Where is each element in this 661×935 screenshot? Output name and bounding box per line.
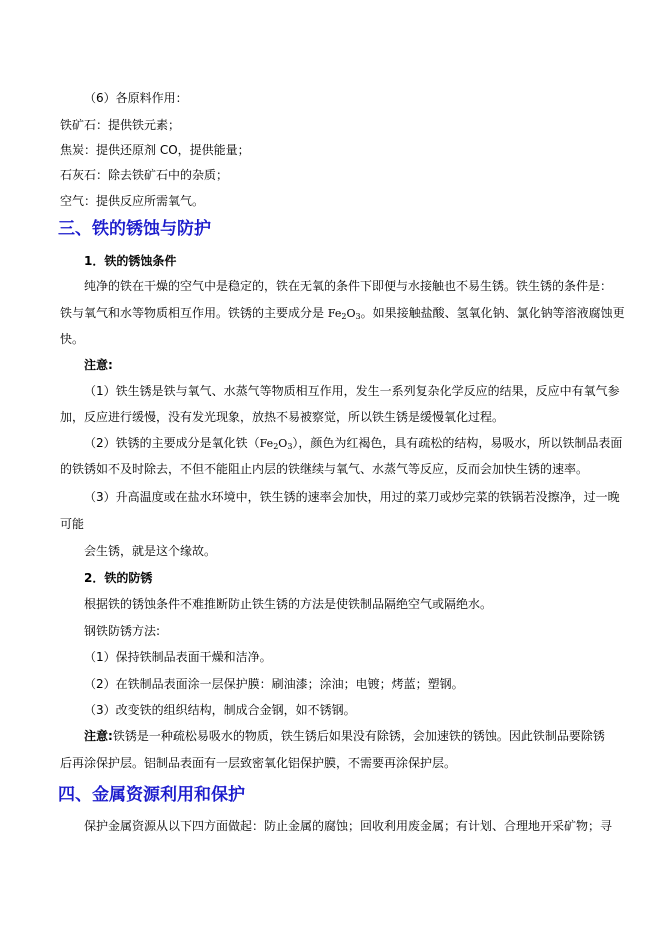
note-line: 注意:铁锈是一种疏松易吸水的物质，铁生锈后如果没有除锈，会加速铁的锈蚀。因此铁制… [84,729,605,743]
text-span: ），颜色为红褐色，具有疏松的结构，易吸水，所以铁制品表面 [292,436,622,450]
formula-part: O [278,437,287,450]
formula-part: Fe [328,307,342,320]
paragraph-line: 铁与氧气和水等物质相互作用。铁锈的主要成分是 Fe2O3。如果接触盐酸、氢氧化钠… [60,306,625,321]
materials-item: 空气：提供反应所需氧气。 [60,194,204,208]
materials-item: 焦炭：提供还原剂 CO，提供能量； [60,143,250,157]
text-span: 铁与氧气和水等物质相互作用。铁锈的主要成分是 [60,306,328,320]
formula-part: Fe [260,437,274,450]
materials-item: 铁矿石：提供铁元素； [60,118,180,132]
note-line: （3）升高温度或在盐水环境中，铁生锈的速率会加快，用过的菜刀或炒完菜的铁锅若没擦… [84,490,620,504]
document-page: （6）各原料作用： 铁矿石：提供铁元素； 焦炭：提供还原剂 CO，提供能量； 石… [0,0,661,935]
note-label: 注意: [84,358,113,372]
note-line: 会生锈，就是这个缘故。 [84,544,216,558]
text-span: 。如果接触盐酸、氢氧化钠、氯化钠等溶液腐蚀更 [361,306,625,320]
materials-item: 石灰石：除去铁矿石中的杂质； [60,168,228,182]
paragraph-line: 纯净的铁在干燥的空气中是稳定的，铁在无氧的条件下即便与水接触也不易生锈。铁生锈的… [84,279,612,293]
method-item: （3）改变铁的组织结构，制成合金钢，如不锈钢。 [84,703,356,717]
note-line: （1）铁生锈是铁与氧气、水蒸气等物质相互作用，发生一系列复杂化学反应的结果，反应… [84,384,620,398]
note-line: 可能 [60,517,84,531]
method-item: （1）保持铁制品表面干燥和洁净。 [84,650,272,664]
note-line: （2）铁锈的主要成分是氧化铁（Fe2O3），颜色为红褐色，具有疏松的结构，易吸水… [84,436,622,451]
paragraph-line: 快。 [60,332,84,346]
text-span: 铁锈是一种疏松易吸水的物质，铁生锈后如果没有除锈，会加速铁的锈蚀。因此铁制品要除… [113,729,605,743]
note-label: 注意: [84,729,113,743]
note-line: 的铁锈如不及时除去，不但不能阻止内层的铁继续与氧气、水蒸气等反应，反而会加快生锈… [60,462,588,476]
section-heading: 四、金属资源利用和保护 [58,785,245,805]
methods-title: 钢铁防锈方法: [84,624,160,638]
chemical-formula: Fe2O3 [260,437,293,450]
paragraph-line: 根据铁的锈蚀条件不难推断防止铁生锈的方法是使铁制品隔绝空气或隔绝水。 [84,597,492,611]
note-line: 加，反应进行缓慢，没有发光现象，放热不易被察觉，所以铁生锈是缓慢氧化过程。 [60,410,504,424]
method-item: （2）在铁制品表面涂一层保护膜：刷油漆；涂油；电镀；烤蓝；塑钢。 [84,677,464,691]
materials-title: （6）各原料作用： [84,91,188,105]
section-heading: 三、铁的锈蚀与防护 [58,219,211,239]
subsection-title: 2．铁的防锈 [84,571,152,585]
text-span: （2）铁锈的主要成分是氧化铁（ [84,436,260,450]
paragraph-line: 保护金属资源从以下四方面做起：防止金属的腐蚀；回收利用废金属；有计划、合理地开采… [84,819,612,833]
chemical-formula: Fe2O3 [328,307,361,320]
formula-part: O [346,307,355,320]
note-line: 后再涂保护层。铝制品表面有一层致密氧化铝保护膜，不需要再涂保护层。 [60,756,456,770]
subsection-title: 1．铁的锈蚀条件 [84,254,176,268]
